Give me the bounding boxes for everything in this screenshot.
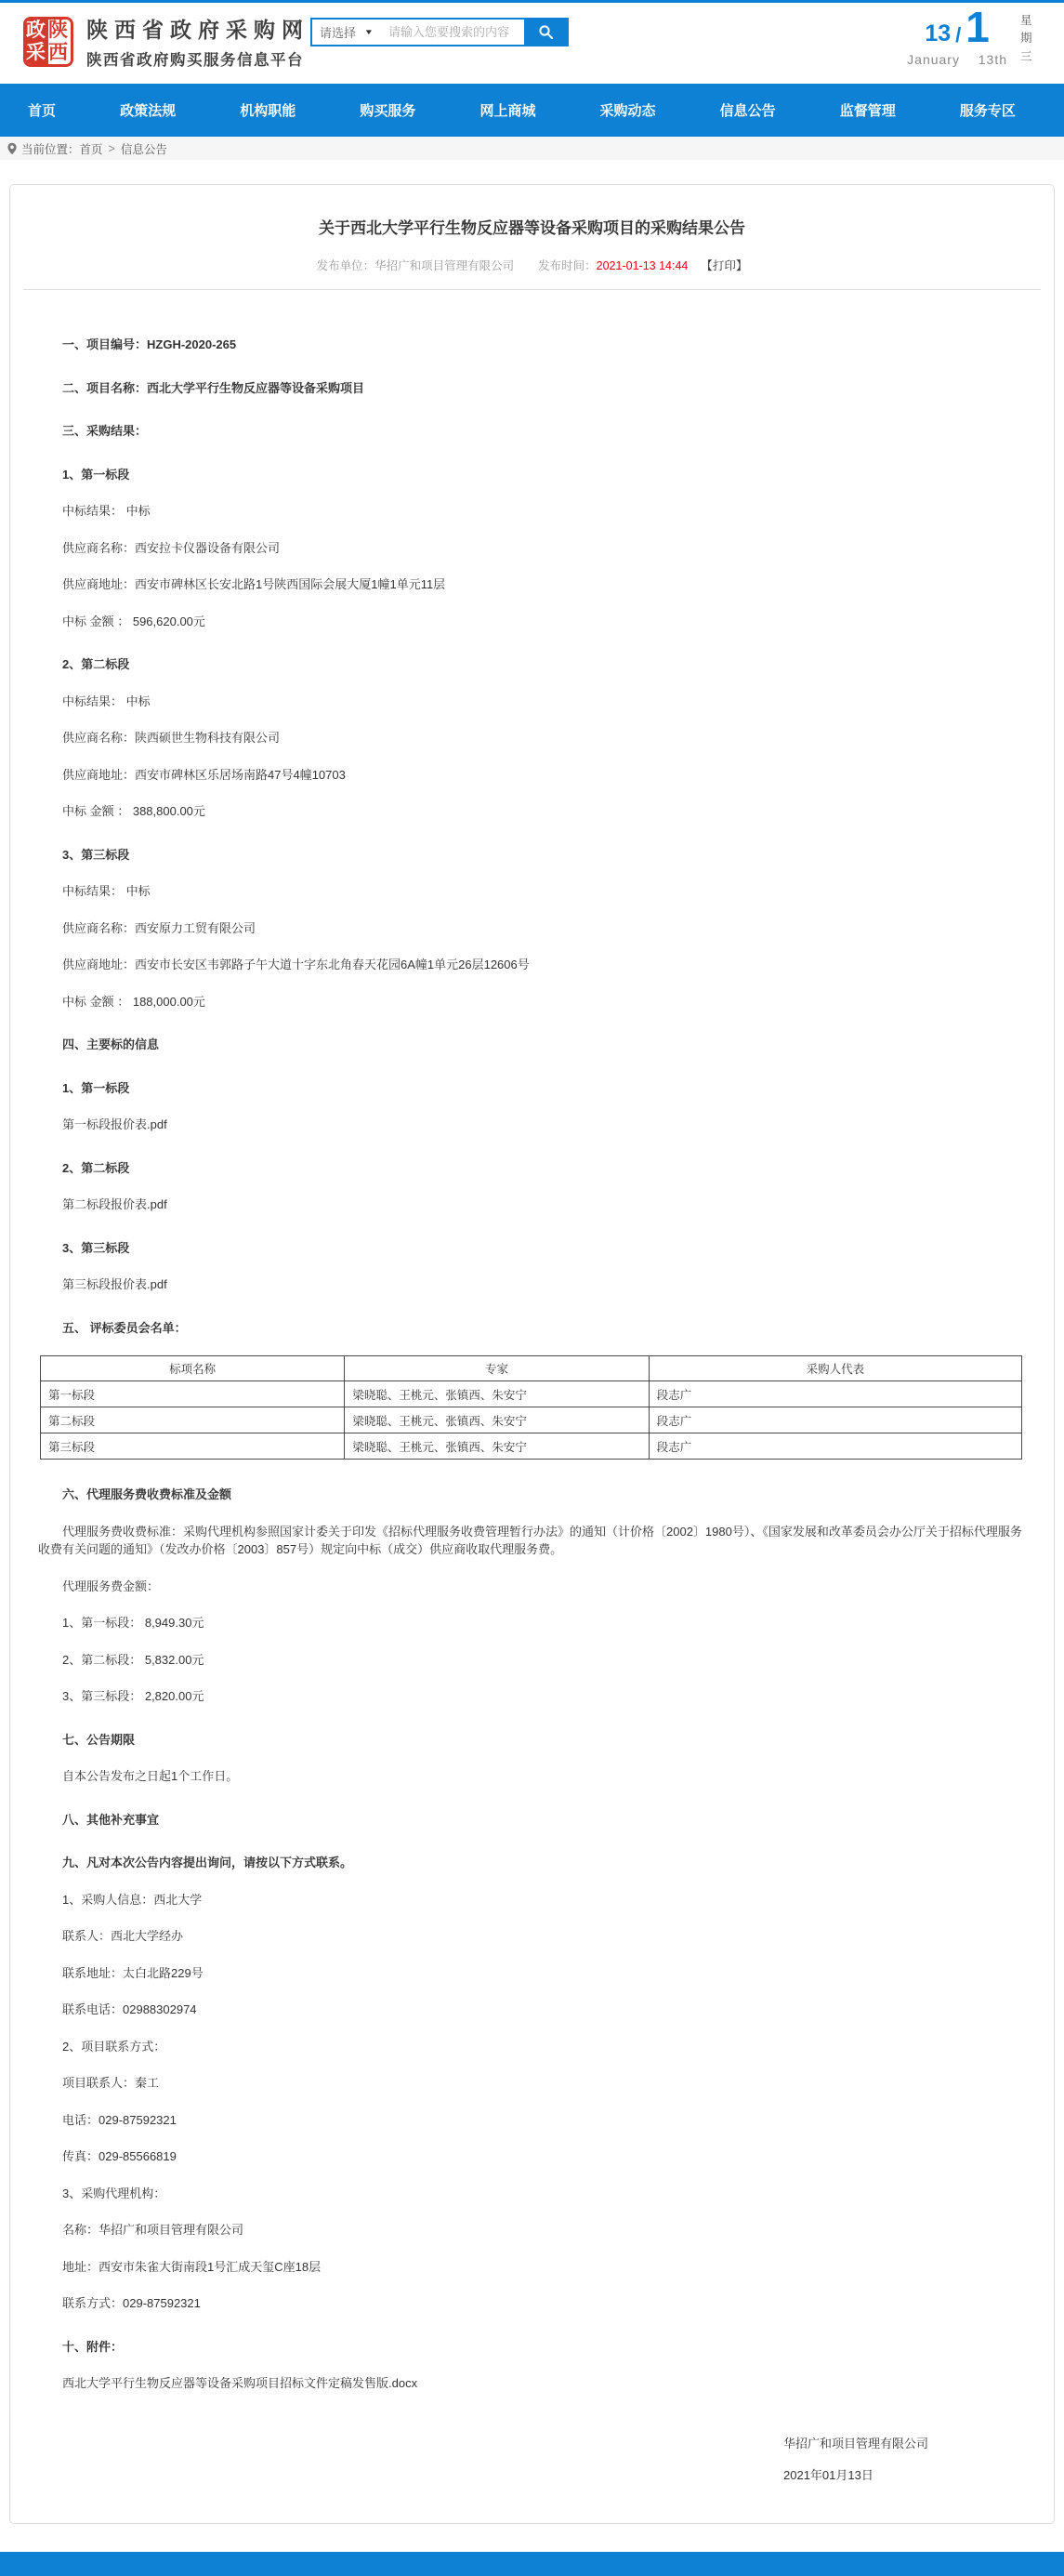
section-heading: 十、附件： <box>38 2338 1026 2357</box>
table-header-cell: 专家 <box>345 1356 649 1381</box>
attachment-link[interactable]: 第三标段报价表.pdf <box>38 1275 1026 1294</box>
breadcrumb-separator: > <box>109 142 115 155</box>
publish-time-label: 发布时间： <box>538 259 597 272</box>
article-body: 一、项目编号：HZGH-2020-265二、项目名称：西北大学平行生物反应器等设… <box>10 290 1054 2393</box>
article-paragraph: 地址：西安市朱雀大街南段1号汇成天玺C座18层 <box>38 2258 1026 2277</box>
article-paragraph: 供应商地址：西安市碑林区长安北路1号陕西国际会展大厦1幢1单元11层 <box>38 575 1026 594</box>
article-paragraph: 3、采购代理机构： <box>38 2185 1026 2203</box>
table-cell: 梁晓聪、王桃元、张镇西、朱安宁 <box>345 1433 649 1460</box>
attachment-link[interactable]: 西北大学平行生物反应器等设备采购项目招标文件定稿发售版.docx <box>38 2374 1026 2393</box>
date-month-name: January <box>907 52 960 67</box>
table-row: 第二标段梁晓聪、王桃元、张镇西、朱安宁段志广 <box>41 1407 1022 1433</box>
footer-bar <box>0 2552 1064 2576</box>
section-heading: 七、公告期限 <box>38 1731 1026 1750</box>
site-header: 政采 陕西 陕西省政府采购网 陕西省政府购买服务信息平台 请选择 ▼ 13 <box>0 3 1064 84</box>
table-row: 第一标段梁晓聪、王桃元、张镇西、朱安宁段志广 <box>41 1381 1022 1407</box>
article-paragraph: 中标 金额 ： 388,800.00元 <box>38 802 1026 821</box>
section-heading: 三、采购结果： <box>38 422 1026 441</box>
section-heading: 九、凡对本次公告内容提出询问，请按以下方式联系。 <box>38 1854 1026 1872</box>
article-paragraph: 供应商地址：西安市碑林区乐居场南路47号4幢10703 <box>38 766 1026 785</box>
nav-item[interactable]: 服务专区 <box>960 100 1016 120</box>
date-month: 1 <box>965 10 990 46</box>
signature-date: 2021年01月13日 <box>783 2467 1054 2484</box>
signature-company: 华招广和项目管理有限公司 <box>783 2436 1054 2452</box>
date-widget: 13 / 1 January 13th 星期三 <box>907 10 1034 67</box>
date-weekday: 星期三 <box>1020 12 1034 66</box>
date-day-ordinal: 13th <box>979 52 1007 67</box>
site-logo[interactable]: 政采 陕西 陕西省政府采购网 陕西省政府购买服务信息平台 <box>23 13 309 70</box>
article-meta: 发布单位：华招广和项目管理有限公司发布时间：2021-01-13 14:44【打… <box>10 257 1054 273</box>
search-bar: 请选择 ▼ <box>310 18 569 46</box>
chevron-down-icon: ▼ <box>364 28 374 36</box>
table-cell: 段志广 <box>649 1381 1021 1407</box>
location-pin-icon <box>7 142 18 155</box>
article-paragraph: 1、第一标段： 8,949.30元 <box>38 1614 1026 1632</box>
article-paragraph: 3、第三标段： 2,820.00元 <box>38 1687 1026 1706</box>
article-paragraph: 联系电话：02988302974 <box>38 2001 1026 2019</box>
table-header-cell: 采购人代表 <box>649 1356 1021 1381</box>
logo-seal-left-chars: 政采 <box>26 20 48 64</box>
nav-item[interactable]: 采购动态 <box>600 100 656 120</box>
article-paragraph: 代理服务费金额： <box>38 1578 1026 1596</box>
attachment-link[interactable]: 第二标段报价表.pdf <box>38 1196 1026 1214</box>
section-heading: 3、第三标段 <box>38 1239 1026 1258</box>
attachment-link[interactable]: 第一标段报价表.pdf <box>38 1116 1026 1134</box>
nav-item[interactable]: 首页 <box>28 100 56 120</box>
table-cell: 梁晓聪、王桃元、张镇西、朱安宁 <box>345 1381 649 1407</box>
site-title: 陕西省政府采购网 <box>86 13 309 44</box>
logo-seal-right-chars: 陕西 <box>48 20 71 64</box>
date-separator: / <box>955 25 961 46</box>
section-heading: 四、主要标的信息 <box>38 1036 1026 1054</box>
nav-item[interactable]: 购买服务 <box>360 100 415 120</box>
committee-table: 标项名称专家采购人代表第一标段梁晓聪、王桃元、张镇西、朱安宁段志广第二标段梁晓聪… <box>40 1355 1022 1460</box>
article-paragraph: 联系地址：太白北路229号 <box>38 1964 1026 1983</box>
nav-item[interactable]: 机构职能 <box>240 100 296 120</box>
article-paragraph: 联系人：西北大学经办 <box>38 1927 1026 1946</box>
search-input[interactable] <box>383 20 524 45</box>
date-english: January 13th <box>907 52 1007 67</box>
page-title: 关于西北大学平行生物反应器等设备采购项目的采购结果公告 <box>10 185 1054 238</box>
announcement-card: 关于西北大学平行生物反应器等设备采购项目的采购结果公告 发布单位：华招广和项目管… <box>9 184 1055 2524</box>
table-cell: 段志广 <box>649 1407 1021 1433</box>
table-cell: 段志广 <box>649 1433 1021 1460</box>
logo-seal-icon: 政采 陕西 <box>23 17 73 67</box>
publisher-value: 华招广和项目管理有限公司 <box>374 259 514 272</box>
table-cell: 第一标段 <box>41 1381 345 1407</box>
search-select-value: 请选择 <box>320 23 356 41</box>
section-heading: 五、 评标委员会名单： <box>38 1319 1026 1338</box>
nav-item[interactable]: 网上商城 <box>479 100 535 120</box>
nav-item[interactable]: 政策法规 <box>120 100 176 120</box>
article-paragraph: 电话：029-87592321 <box>38 2111 1026 2130</box>
article-paragraph: 项目联系人：秦工 <box>38 2074 1026 2093</box>
breadcrumb-prefix: 当前位置： <box>21 140 80 157</box>
publisher-label: 发布单位： <box>317 259 375 272</box>
article-paragraph: 供应商名称：陕西硕世生物科技有限公司 <box>38 729 1026 747</box>
article-paragraph: 供应商名称：西安拉卡仪器设备有限公司 <box>38 539 1026 558</box>
search-button[interactable] <box>524 20 567 45</box>
article-paragraph: 中标 金额 ： 596,620.00元 <box>38 613 1026 631</box>
publish-time-value: 2021-01-13 14:44 <box>597 259 689 272</box>
article-paragraph: 自本公告发布之日起1个工作日。 <box>38 1767 1026 1786</box>
article-paragraph: 代理服务费收费标准：采购代理机构参照国家计委关于印发《招标代理服务收费管理暂行办… <box>38 1523 1026 1559</box>
article-paragraph: 中标 金额 ： 188,000.00元 <box>38 993 1026 1011</box>
table-cell: 梁晓聪、王桃元、张镇西、朱安宁 <box>345 1407 649 1433</box>
search-category-select[interactable]: 请选择 ▼ <box>312 20 383 45</box>
article-paragraph: 中标结果： 中标 <box>38 502 1026 521</box>
table-row: 第三标段梁晓聪、王桃元、张镇西、朱安宁段志广 <box>41 1433 1022 1460</box>
section-heading: 2、第二标段 <box>38 655 1026 674</box>
date-main: 13 / 1 January 13th <box>907 10 1007 67</box>
print-button[interactable]: 【打印】 <box>701 259 747 272</box>
article-paragraph: 2、项目联系方式： <box>38 2038 1026 2056</box>
site-titles: 陕西省政府采购网 陕西省政府购买服务信息平台 <box>86 13 309 70</box>
section-heading: 2、第二标段 <box>38 1159 1026 1178</box>
article-paragraph: 供应商地址：西安市长安区韦郭路子午大道十字东北角春天花园6A幢1单元26层126… <box>38 956 1026 974</box>
article-paragraph: 联系方式：029-87592321 <box>38 2294 1026 2313</box>
nav-item[interactable]: 信息公告 <box>720 100 776 120</box>
table-cell: 第二标段 <box>41 1407 345 1433</box>
article-paragraph: 1、采购人信息：西北大学 <box>38 1891 1026 1909</box>
section-heading: 八、其他补充事宜 <box>38 1811 1026 1830</box>
article-paragraph: 供应商名称：西安原力工贸有限公司 <box>38 919 1026 938</box>
breadcrumb-current[interactable]: 信息公告 <box>121 140 167 157</box>
section-heading: 一、项目编号：HZGH-2020-265 <box>38 336 1026 354</box>
article-paragraph: 中标结果： 中标 <box>38 882 1026 901</box>
search-icon <box>538 24 554 40</box>
article-paragraph: 名称：华招广和项目管理有限公司 <box>38 2221 1026 2239</box>
breadcrumb: 当前位置： 首页 > 信息公告 <box>0 137 1064 160</box>
section-heading: 1、第一标段 <box>38 1079 1026 1098</box>
nav-item[interactable]: 监督管理 <box>840 100 896 120</box>
section-heading: 1、第一标段 <box>38 466 1026 484</box>
section-heading: 六、代理服务费收费标准及金额 <box>38 1486 1026 1504</box>
section-heading: 3、第三标段 <box>38 846 1026 865</box>
main-nav: 首页政策法规机构职能购买服务网上商城采购动态信息公告监督管理服务专区 <box>0 84 1064 137</box>
signature-block: 华招广和项目管理有限公司 2021年01月13日 <box>10 2436 1054 2484</box>
table-cell: 第三标段 <box>41 1433 345 1460</box>
article-paragraph: 中标结果： 中标 <box>38 693 1026 711</box>
table-header-cell: 标项名称 <box>41 1356 345 1381</box>
article-paragraph: 传真：029-85566819 <box>38 2147 1026 2166</box>
section-heading: 二、项目名称：西北大学平行生物反应器等设备采购项目 <box>38 379 1026 398</box>
date-day: 13 <box>925 22 951 46</box>
breadcrumb-home-link[interactable]: 首页 <box>80 140 103 157</box>
article-paragraph: 2、第二标段： 5,832.00元 <box>38 1651 1026 1670</box>
site-subtitle: 陕西省政府购买服务信息平台 <box>86 47 309 70</box>
